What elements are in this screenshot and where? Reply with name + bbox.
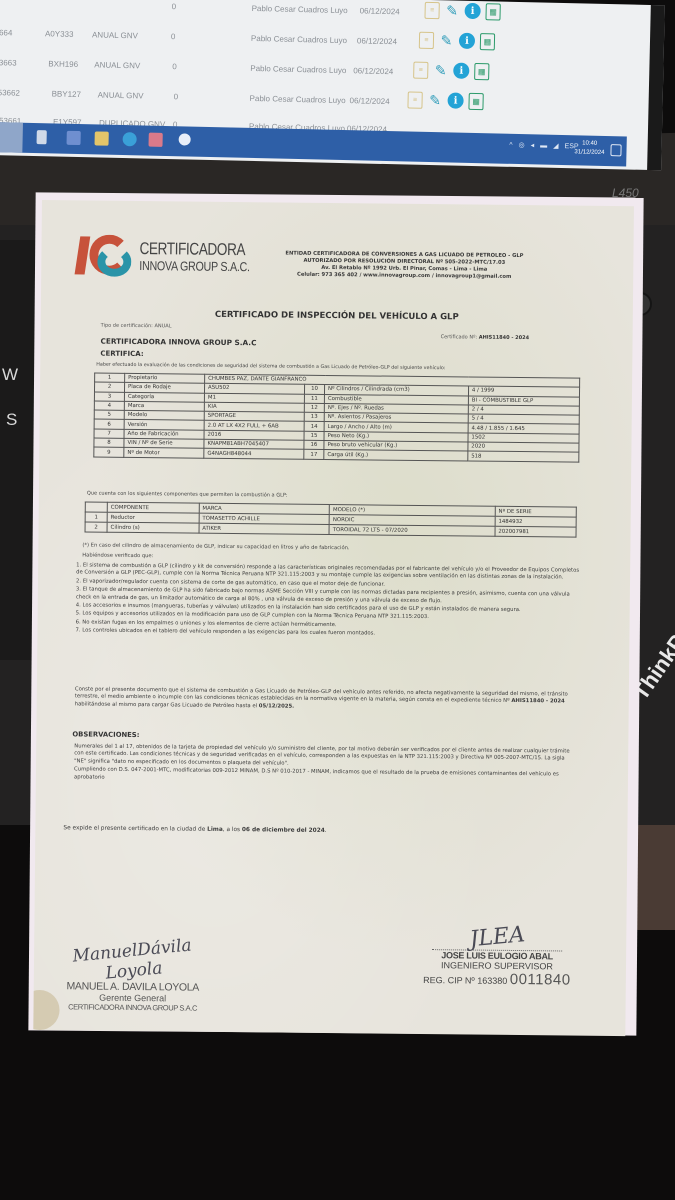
gallery-icon[interactable]: ▦: [480, 33, 495, 50]
document-icon[interactable]: ≡: [407, 92, 422, 109]
gallery-icon[interactable]: ▦: [468, 93, 483, 110]
row-number: 4: [94, 401, 124, 411]
issued-city: Lima: [207, 827, 223, 833]
row-date: 06/12/2024: [357, 36, 397, 46]
file-explorer-icon[interactable]: [95, 131, 109, 145]
row-date: 06/12/2024: [360, 6, 400, 16]
row-number: 15: [304, 431, 324, 441]
engineer-signature-block: JLEA JOSE LUIS EULOGIO ABAL INGENIERO SU…: [402, 924, 593, 989]
row-user: Pablo Cesar Cuadros Luyo: [250, 94, 346, 105]
row-number: 11: [304, 394, 324, 404]
system-tray: ^ ◎ ◂ ▬ ◢ ESP: [509, 141, 578, 151]
gallery-icon[interactable]: ▦: [485, 3, 500, 20]
row-plate: BBY127: [52, 89, 82, 99]
field-value: 518: [468, 451, 579, 461]
company-logo: CERTIFICADORA INNOVA GROUP S.A.C.: [77, 234, 274, 280]
logo-line-1: CERTIFICADORA: [139, 240, 247, 258]
logo-line-2: INNOVA GROUP S.A.C.: [139, 257, 250, 275]
row-number: 3: [94, 392, 124, 402]
document-icon[interactable]: ≡: [413, 62, 428, 79]
certificate-number-value: AHIS11840 - 2024: [479, 335, 529, 342]
components-intro: Que cuenta con los siguientes componente…: [87, 490, 288, 498]
issued-mid: , a los: [223, 827, 240, 833]
conclusion-paragraph: Conste por el presente documento que el …: [75, 686, 579, 713]
row-number: 1: [85, 512, 107, 522]
row-date: 06/12/2024: [349, 96, 389, 106]
key-w: W: [2, 365, 18, 385]
verification-checks: 1. El sistema de combustión a GLP (cilin…: [75, 562, 580, 641]
edit-icon[interactable]: ✎: [439, 32, 454, 49]
document-icon[interactable]: ≡: [424, 2, 439, 19]
row-number: 16: [304, 440, 324, 450]
field-value: G4NAGH848044: [204, 449, 304, 459]
company-name: CERTIFICADORA INNOVA GROUP S.A.C: [100, 337, 256, 348]
field-label: Carga útil (Kg.): [324, 450, 468, 461]
row-date: 06/12/2024: [353, 66, 393, 76]
row-number: 2: [94, 382, 124, 392]
certification-type: Tipo de certificación: ANUAL: [101, 323, 172, 330]
start-button[interactable]: [0, 122, 23, 153]
signal-icon[interactable]: ◢: [553, 142, 559, 150]
certifica-heading: CERTIFICA:: [100, 350, 143, 358]
row-type: ANUAL GNV: [92, 30, 138, 40]
component-serial: 202007981: [495, 526, 576, 537]
row-actions: ≡ ✎ i ▦: [419, 32, 495, 51]
row-number: 6: [94, 420, 124, 430]
row-number: 8: [94, 438, 124, 448]
document-icon[interactable]: ≡: [419, 32, 434, 49]
row-number: 14: [304, 422, 324, 432]
edge-browser-icon[interactable]: [122, 132, 136, 146]
row-number: 9: [94, 447, 124, 457]
cylinder-note: (*) En caso del cilindro de almacenamien…: [82, 542, 349, 551]
signature-scribble: ManuelDávila Loyola: [47, 933, 220, 989]
row-count: 0: [171, 32, 176, 41]
conclusion-text: habilitándose al mismo para cargar Gas L…: [75, 701, 257, 709]
row-id: 664: [0, 28, 12, 37]
column-header: [85, 502, 107, 512]
issued-date: 06 de diciembre del 2024: [242, 827, 325, 834]
row-id: 53663: [0, 58, 17, 68]
row-number: 7: [94, 429, 124, 439]
row-user: Pablo Cesar Cuadros Luyo: [252, 4, 348, 15]
network-icon[interactable]: ◎: [518, 141, 524, 149]
row-user: Pablo Cesar Cuadros Luyo: [250, 64, 346, 75]
info-icon[interactable]: i: [447, 92, 463, 108]
evaluation-intro: Haber efectuado la evaluación de las con…: [96, 363, 576, 373]
registration-number: REG. CIP Nº 163380 0011840: [402, 970, 592, 989]
component-name: Cilindro (s): [107, 522, 199, 533]
edit-icon[interactable]: ✎: [433, 62, 448, 79]
row-user: Pablo Cesar Cuadros Luyo: [251, 34, 347, 45]
clock-date: 31/12/2024: [574, 148, 604, 158]
technical-file-number: AHIS11840 - 2024: [511, 698, 564, 705]
document-serial: 0011840: [510, 971, 571, 989]
logo-mark-icon: [77, 234, 135, 279]
row-type: ANUAL GNV: [94, 60, 140, 70]
field-label: Nº de Motor: [124, 448, 204, 458]
row-plate: BXH196: [48, 59, 78, 69]
info-icon[interactable]: i: [453, 63, 469, 79]
manager-signature-block: ManuelDávila Loyola MANUEL A. DAVILA LOY…: [48, 940, 219, 1013]
taskbar-clock[interactable]: 10:40 31/12/2024: [574, 139, 604, 158]
app-icon[interactable]: [148, 133, 162, 147]
signer-company: CERTIFICADORA INNOVA GROUP S.A.C: [48, 1002, 218, 1013]
cip-registration: REG. CIP Nº 163380: [423, 975, 507, 986]
components-table: COMPONENTEMARCAMODELO (*)Nº DE SERIE1Red…: [85, 501, 577, 537]
row-id: 53662: [0, 88, 20, 98]
certificate-document: CERTIFICADORA INNOVA GROUP S.A.C. ENTIDA…: [33, 200, 634, 1036]
key-s: S: [6, 410, 17, 430]
volume-icon[interactable]: ◂: [531, 141, 535, 149]
observations: Numerales del 1 al 17, obtenidos de la t…: [74, 743, 578, 787]
issued-prefix: Se expide el presente certificado en la …: [63, 825, 205, 832]
row-number: 17: [304, 450, 324, 460]
row-type: ANUAL GNV: [98, 90, 144, 100]
row-number: 1: [95, 373, 125, 383]
row-plate: A0Y333: [45, 29, 74, 39]
row-count: 0: [172, 2, 177, 11]
battery-icon[interactable]: ▬: [540, 142, 547, 149]
row-count: 0: [172, 62, 177, 71]
document-title: CERTIFICADO DE INSPECCIÓN DEL VEHÍCULO A…: [41, 308, 633, 324]
edit-icon[interactable]: ✎: [427, 92, 442, 109]
row-number: 5: [94, 410, 124, 420]
row-number: 2: [85, 522, 107, 532]
row-actions: ≡ ✎ i ▦: [413, 62, 489, 81]
component-brand: ATIKER: [199, 523, 330, 534]
verified-intro: Habiéndose verificado que:: [82, 552, 153, 559]
row-number: 10: [304, 385, 324, 395]
task-view-icon[interactable]: [37, 130, 47, 144]
settings-gear-icon[interactable]: [179, 133, 191, 145]
info-icon[interactable]: i: [464, 3, 480, 19]
row-number: 13: [304, 412, 324, 422]
gallery-icon[interactable]: ▦: [474, 63, 489, 80]
observations-heading: OBSERVACIONES:: [72, 730, 139, 739]
store-icon[interactable]: [67, 131, 81, 145]
entity-header: ENTIDAD CERTIFICADORA DE CONVERSIONES A …: [259, 250, 549, 281]
component-model: TOROIDAL 72 LTS - 07/2020: [329, 525, 495, 537]
certificate-number-label: Certificado Nº:: [441, 334, 478, 340]
row-count: 0: [174, 92, 179, 101]
row-actions: ≡ ✎ i ▦: [424, 2, 500, 21]
valid-until-date: 05/12/2025.: [259, 703, 294, 709]
row-actions: ≡ ✎ i ▦: [407, 92, 483, 111]
row-number: 12: [304, 403, 324, 413]
chevron-up-icon[interactable]: ^: [509, 141, 512, 148]
certificate-number: Certificado Nº: AHIS11840 - 2024: [441, 334, 530, 341]
vehicle-data-table: 1PropietarioCHUMBES PAZ, DANTE GIANFRANC…: [93, 373, 580, 463]
notification-icon[interactable]: [610, 144, 621, 156]
monitor-screen: 0 Pablo Cesar Cuadros Luyo 06/12/2024 ≡ …: [0, 0, 665, 170]
info-icon[interactable]: i: [459, 33, 475, 49]
edit-icon[interactable]: ✎: [444, 2, 459, 19]
issued-statement: Se expide el presente certificado en la …: [63, 825, 326, 834]
